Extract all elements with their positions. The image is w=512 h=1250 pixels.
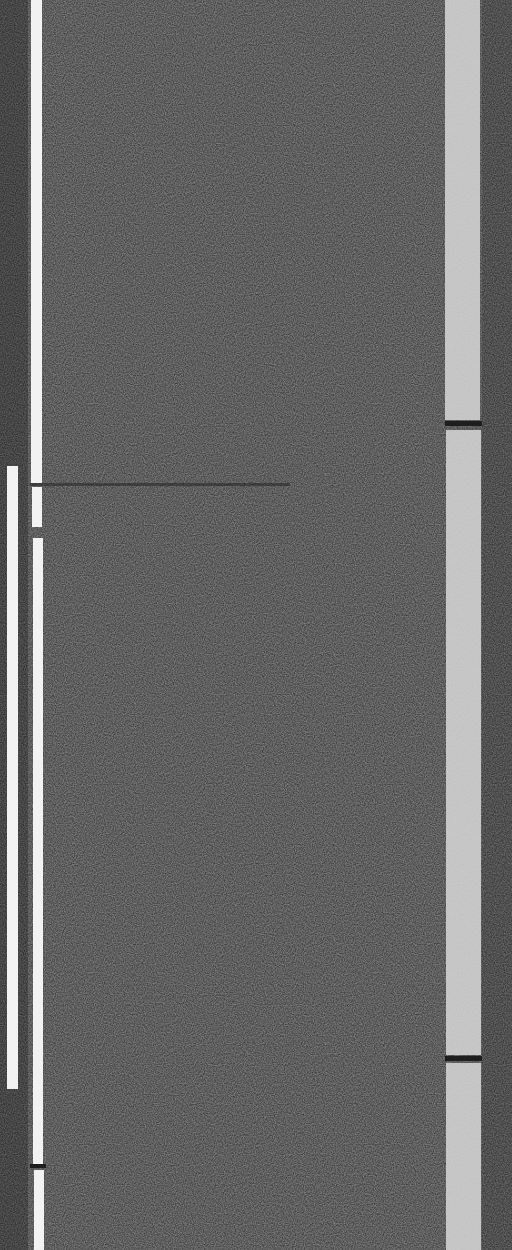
right-edge-line-segment [445, 0, 480, 420]
road-surface [0, 0, 512, 1250]
transverse-crack [30, 483, 290, 486]
left-edge-line [7, 466, 18, 1089]
joint-crack [30, 1164, 46, 1168]
right-shoulder [482, 0, 512, 1250]
right-edge-line-segment [446, 1063, 481, 1250]
left-lane-line-segment [31, 0, 42, 483]
joint-crack [445, 421, 482, 426]
joint-crack [445, 1056, 482, 1061]
left-lane-line-segment [32, 487, 42, 527]
left-lane-line-segment [34, 1170, 44, 1250]
left-lane-line-segment [33, 538, 43, 1164]
asphalt-texture [0, 0, 512, 1250]
right-edge-line-segment [446, 430, 481, 1055]
